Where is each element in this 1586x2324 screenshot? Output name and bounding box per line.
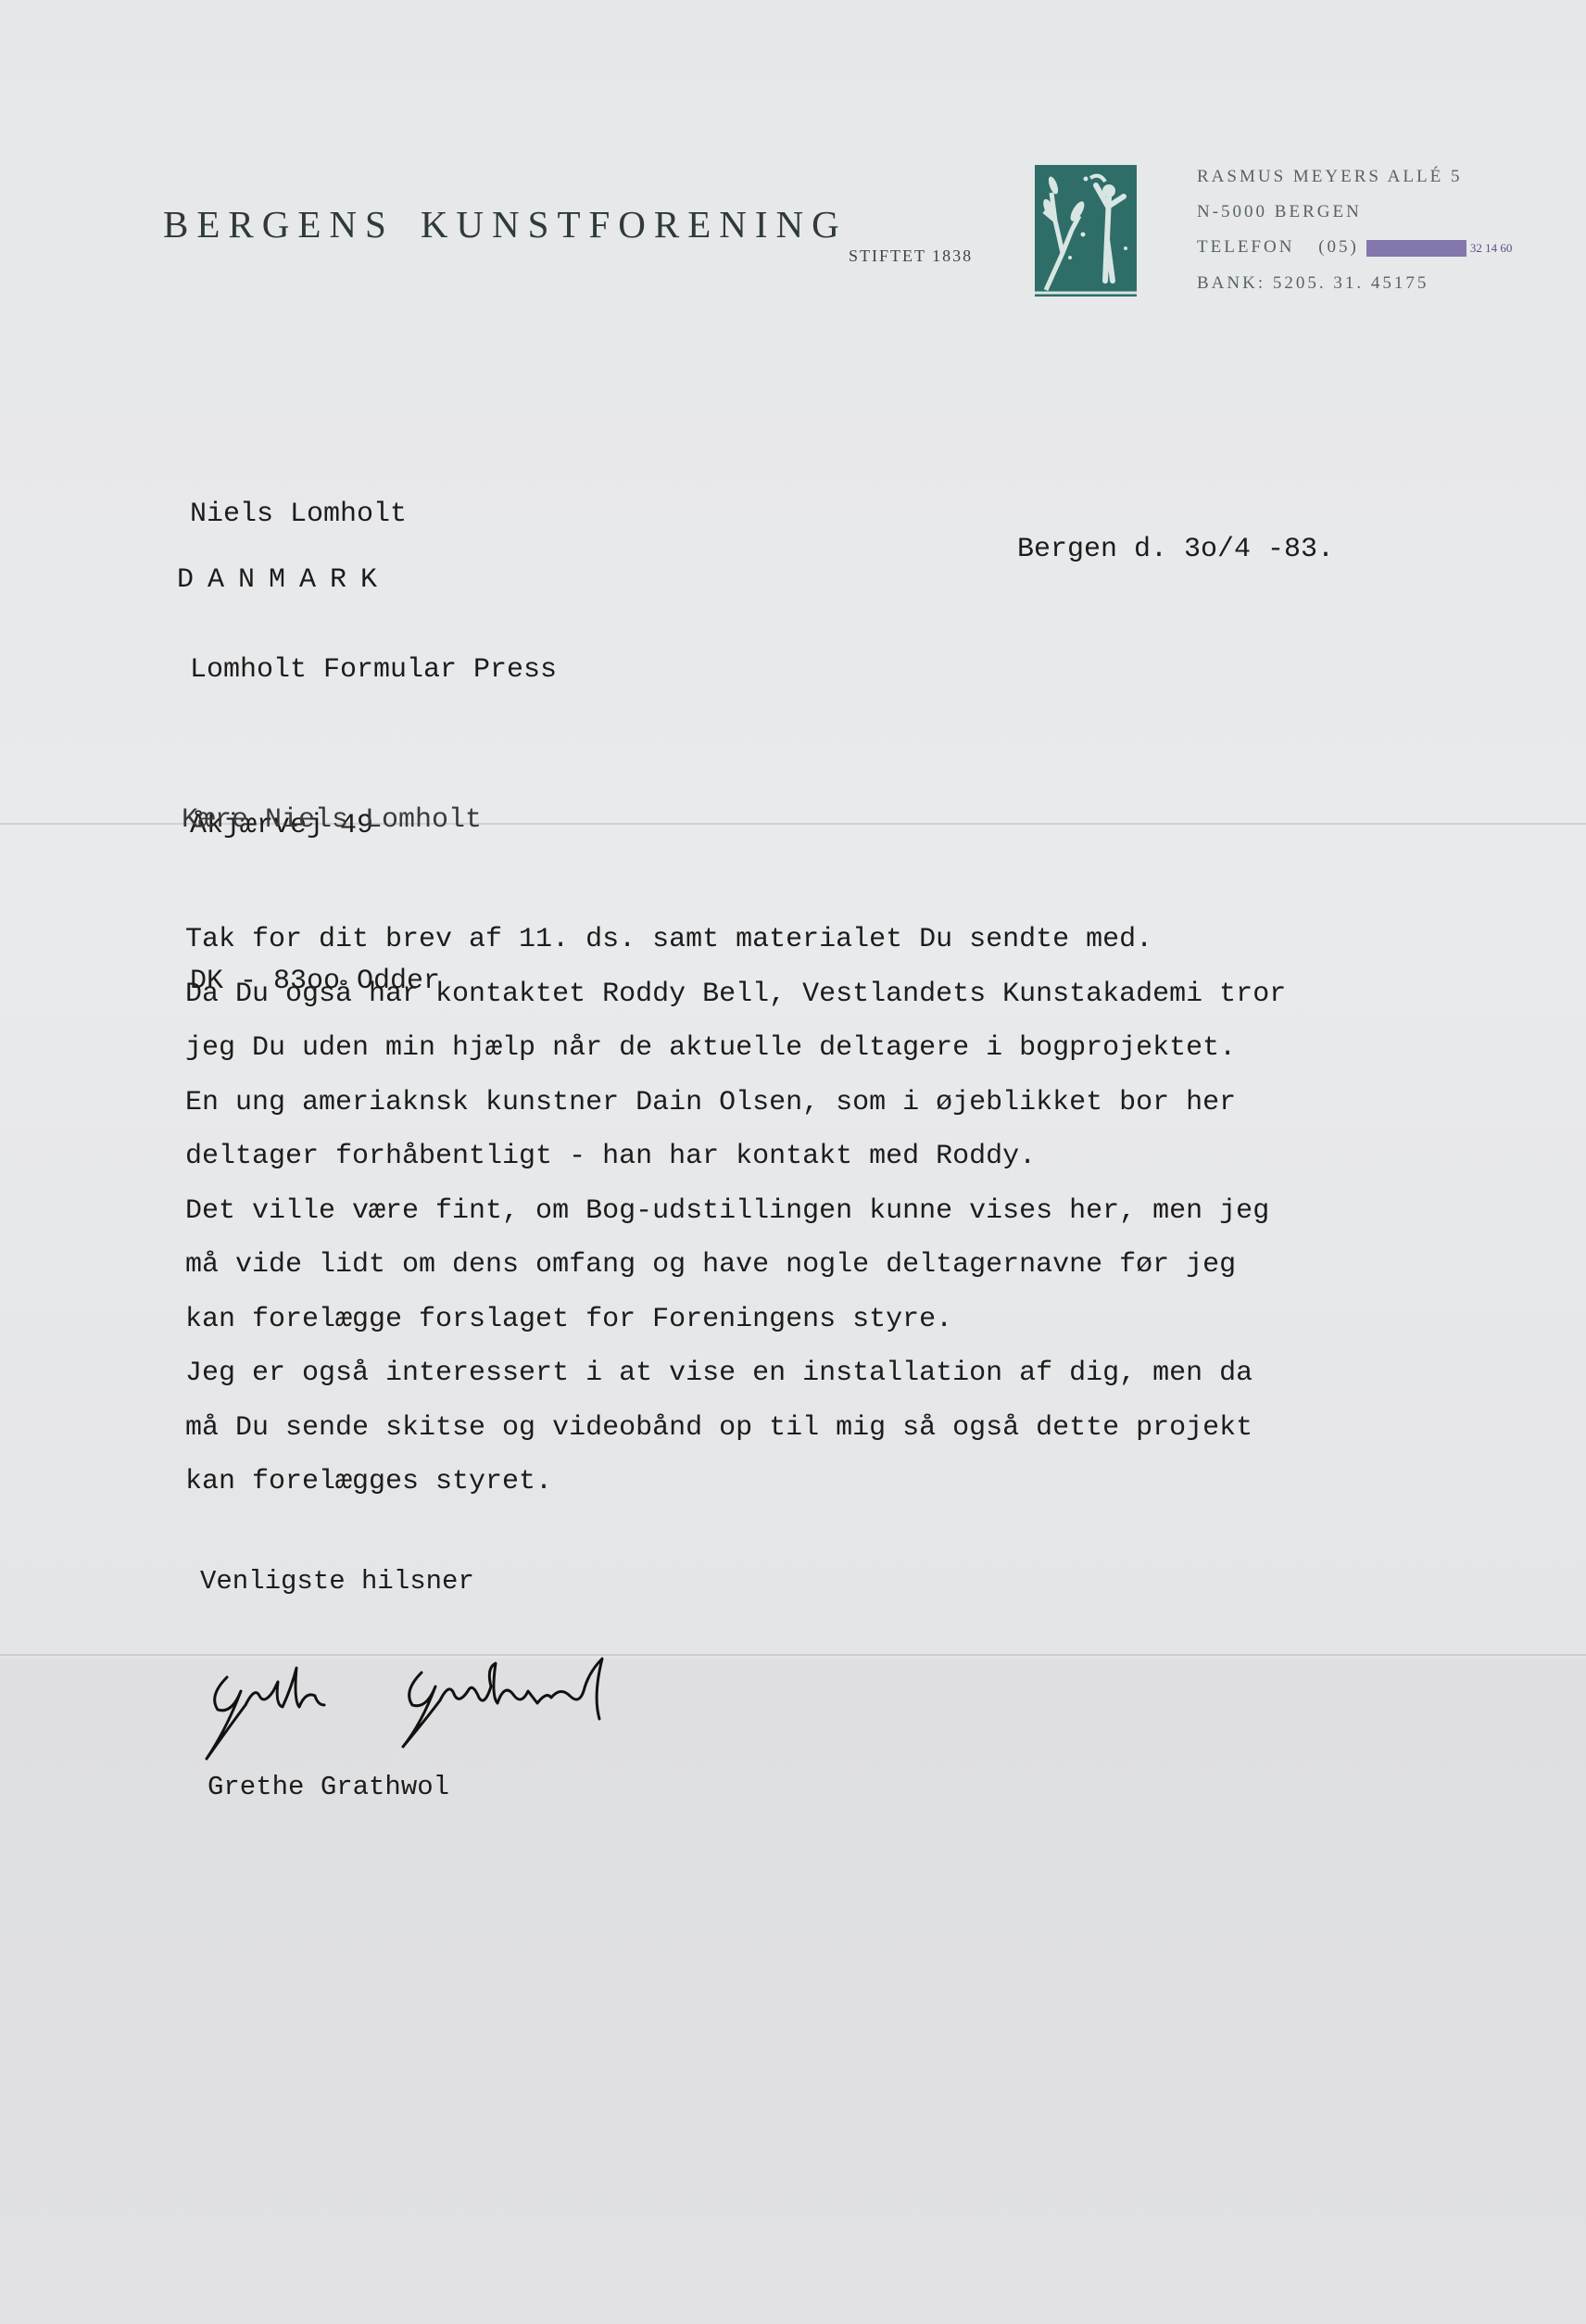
body-line: deltager forhåbentligt - han har kontakt…: [185, 1130, 1286, 1184]
address-city: N-5000 BERGEN: [1197, 195, 1512, 230]
body-line: Det ville være fint, om Bog-udstillingen…: [185, 1184, 1286, 1239]
recipient-name: Niels Lomholt: [190, 488, 557, 540]
body-line: må Du sende skitse og videobånd op til m…: [185, 1401, 1286, 1456]
phone-new-number: 32 14 60: [1470, 241, 1513, 255]
body-line: Da Du også har kontaktet Roddy Bell, Ves…: [185, 967, 1286, 1022]
letter-body: Tak for dit brev af 11. ds. samt materia…: [185, 913, 1286, 1509]
body-line: Tak for dit brev af 11. ds. samt materia…: [185, 913, 1286, 967]
letterhead-address: RASMUS MEYERS ALLÉ 5 N-5000 BERGEN TELEF…: [1197, 159, 1512, 301]
organization-word-2: KUNSTFORENING: [421, 203, 848, 246]
address-bank: BANK: 5205. 31. 45175: [1197, 266, 1512, 301]
recipient-company: Lomholt Formular Press: [190, 644, 557, 696]
organization-name: BERGENSKUNSTFORENING: [163, 202, 848, 246]
salutation: Kære Niels Lomholt: [182, 804, 482, 836]
body-line: må vide lidt om dens omfang og have nogl…: [185, 1238, 1286, 1293]
address-phone: TELEFON (05)32 14 60: [1197, 230, 1512, 266]
founded-year: STIFTET 1838: [849, 246, 973, 266]
signer-name: Grethe Grathwol: [208, 1772, 449, 1802]
address-street: RASMUS MEYERS ALLÉ 5: [1197, 159, 1512, 195]
woodcut-figure-logo-icon: [1035, 165, 1137, 297]
body-line: jeg Du uden min hjælp når de aktuelle de…: [185, 1021, 1286, 1076]
body-line: kan forelægge forslaget for Foreningens …: [185, 1293, 1286, 1347]
organization-word-1: BERGENS: [163, 203, 395, 246]
phone-area: (05): [1318, 237, 1359, 257]
body-line: Jeg er også interessert i at vise en ins…: [185, 1346, 1286, 1401]
closing: Venligste hilsner: [200, 1566, 474, 1597]
phone-redaction-stamp: [1366, 240, 1466, 257]
body-line: kan forelægges styret.: [185, 1455, 1286, 1509]
phone-label: TELEFON: [1197, 237, 1294, 257]
recipient-country: DANMARK: [177, 566, 391, 594]
handwritten-signature-icon: [190, 1640, 690, 1761]
body-line: En ung ameriaknsk kunstner Dain Olsen, s…: [185, 1076, 1286, 1130]
letter-date: Bergen d. 3o/4 -83.: [1017, 534, 1334, 565]
